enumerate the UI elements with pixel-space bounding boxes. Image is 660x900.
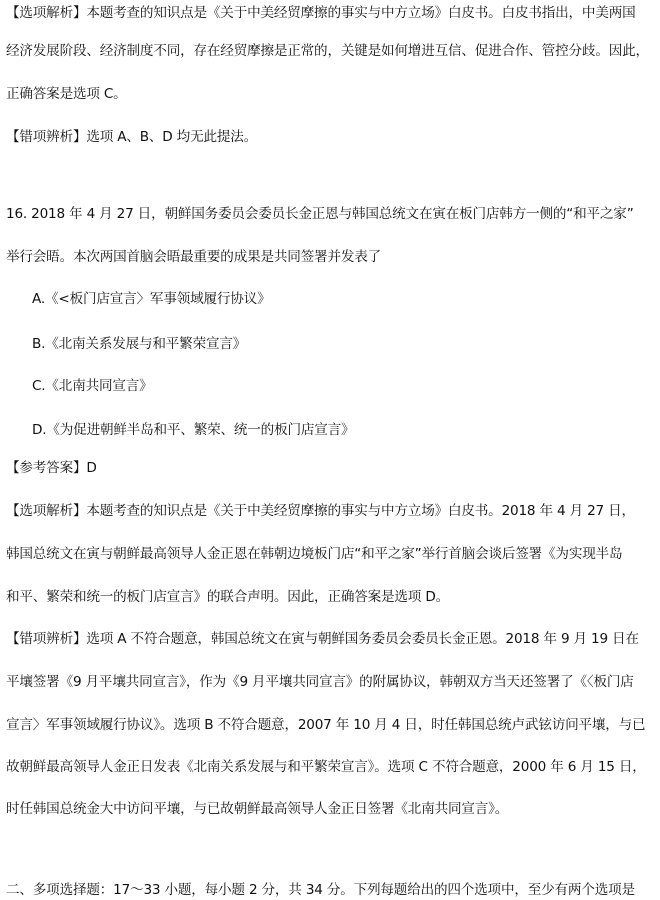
question-16-error-line-3: 宣言〉军事领域履行协议》。选项 B 不符合题意，2007 年 10 月 4 日，… <box>6 715 660 735</box>
prev-analysis-line-3: 正确答案是选项 C。 <box>6 84 660 104</box>
question-16-error-line-2: 平壤签署《9 月平壤共同宣言》，作为《9 月平壤共同宣言》的附属协议，韩朝双方当… <box>6 672 660 692</box>
question-16-option-c: C.《北南共同宣言》 <box>32 376 660 396</box>
prev-analysis-line-2: 经济发展阶段、经济制度不同，存在经贸摩擦是正常的，关键是如何增进互信、促进合作、… <box>6 41 660 61</box>
question-16-analysis-line-1: 【选项解析】本题考查的知识点是《关于中美经贸摩擦的事实与中方立场》白皮书。201… <box>6 501 660 521</box>
question-16-option-a: A.《<板门店宣言〉军事领域履行协议》 <box>32 289 660 309</box>
question-16-analysis-line-2: 韩国总统文在寅与朝鲜最高领导人金正恩在韩朝边境板门店“和平之家”举行首脑会谈后签… <box>6 544 660 564</box>
question-16-analysis-line-3: 和平、繁荣和统一的板门店宣言》的联合声明。因此，正确答案是选项 D。 <box>6 587 660 607</box>
question-16-option-d: D.《为促进朝鲜半岛和平、繁荣、统一的板门店宣言》 <box>32 420 660 440</box>
question-16-option-b: B.《北南关系发展与和平繁荣宣言》 <box>32 334 660 354</box>
question-16-error-line-5: 时任韩国总统金大中访问平壤，与已故朝鲜最高领导人金正日签署《北南共同宣言》。 <box>6 799 660 819</box>
question-16-answer: 【参考答案】D <box>6 458 660 478</box>
question-16-error-line-4: 故朝鲜最高领导人金正日发表《北南关系发展与和平繁荣宣言》。选项 C 不符合题意，… <box>6 757 660 777</box>
prev-error-analysis: 【错项辨析】选项 A、B、D 均无此提法。 <box>6 127 660 147</box>
question-16-stem-line-1: 16. 2018 年 4 月 27 日，朝鲜国务委员会委员长金正恩与韩国总统文在… <box>6 204 660 224</box>
section-two-heading: 二、多项选择题：17～33 小题，每小题 2 分，共 34 分。下列每题给出的四… <box>6 880 660 900</box>
prev-analysis-line-1: 【选项解析】本题考查的知识点是《关于中美经贸摩擦的事实与中方立场》白皮书。白皮书… <box>6 3 660 23</box>
question-16-stem-line-2: 举行会晤。本次两国首脑会晤最重要的成果是共同签署并发表了 <box>6 247 660 267</box>
question-16-error-line-1: 【错项辨析】选项 A 不符合题意，韩国总统文在寅与朝鲜国务委员会委员长金正恩。2… <box>6 629 660 649</box>
